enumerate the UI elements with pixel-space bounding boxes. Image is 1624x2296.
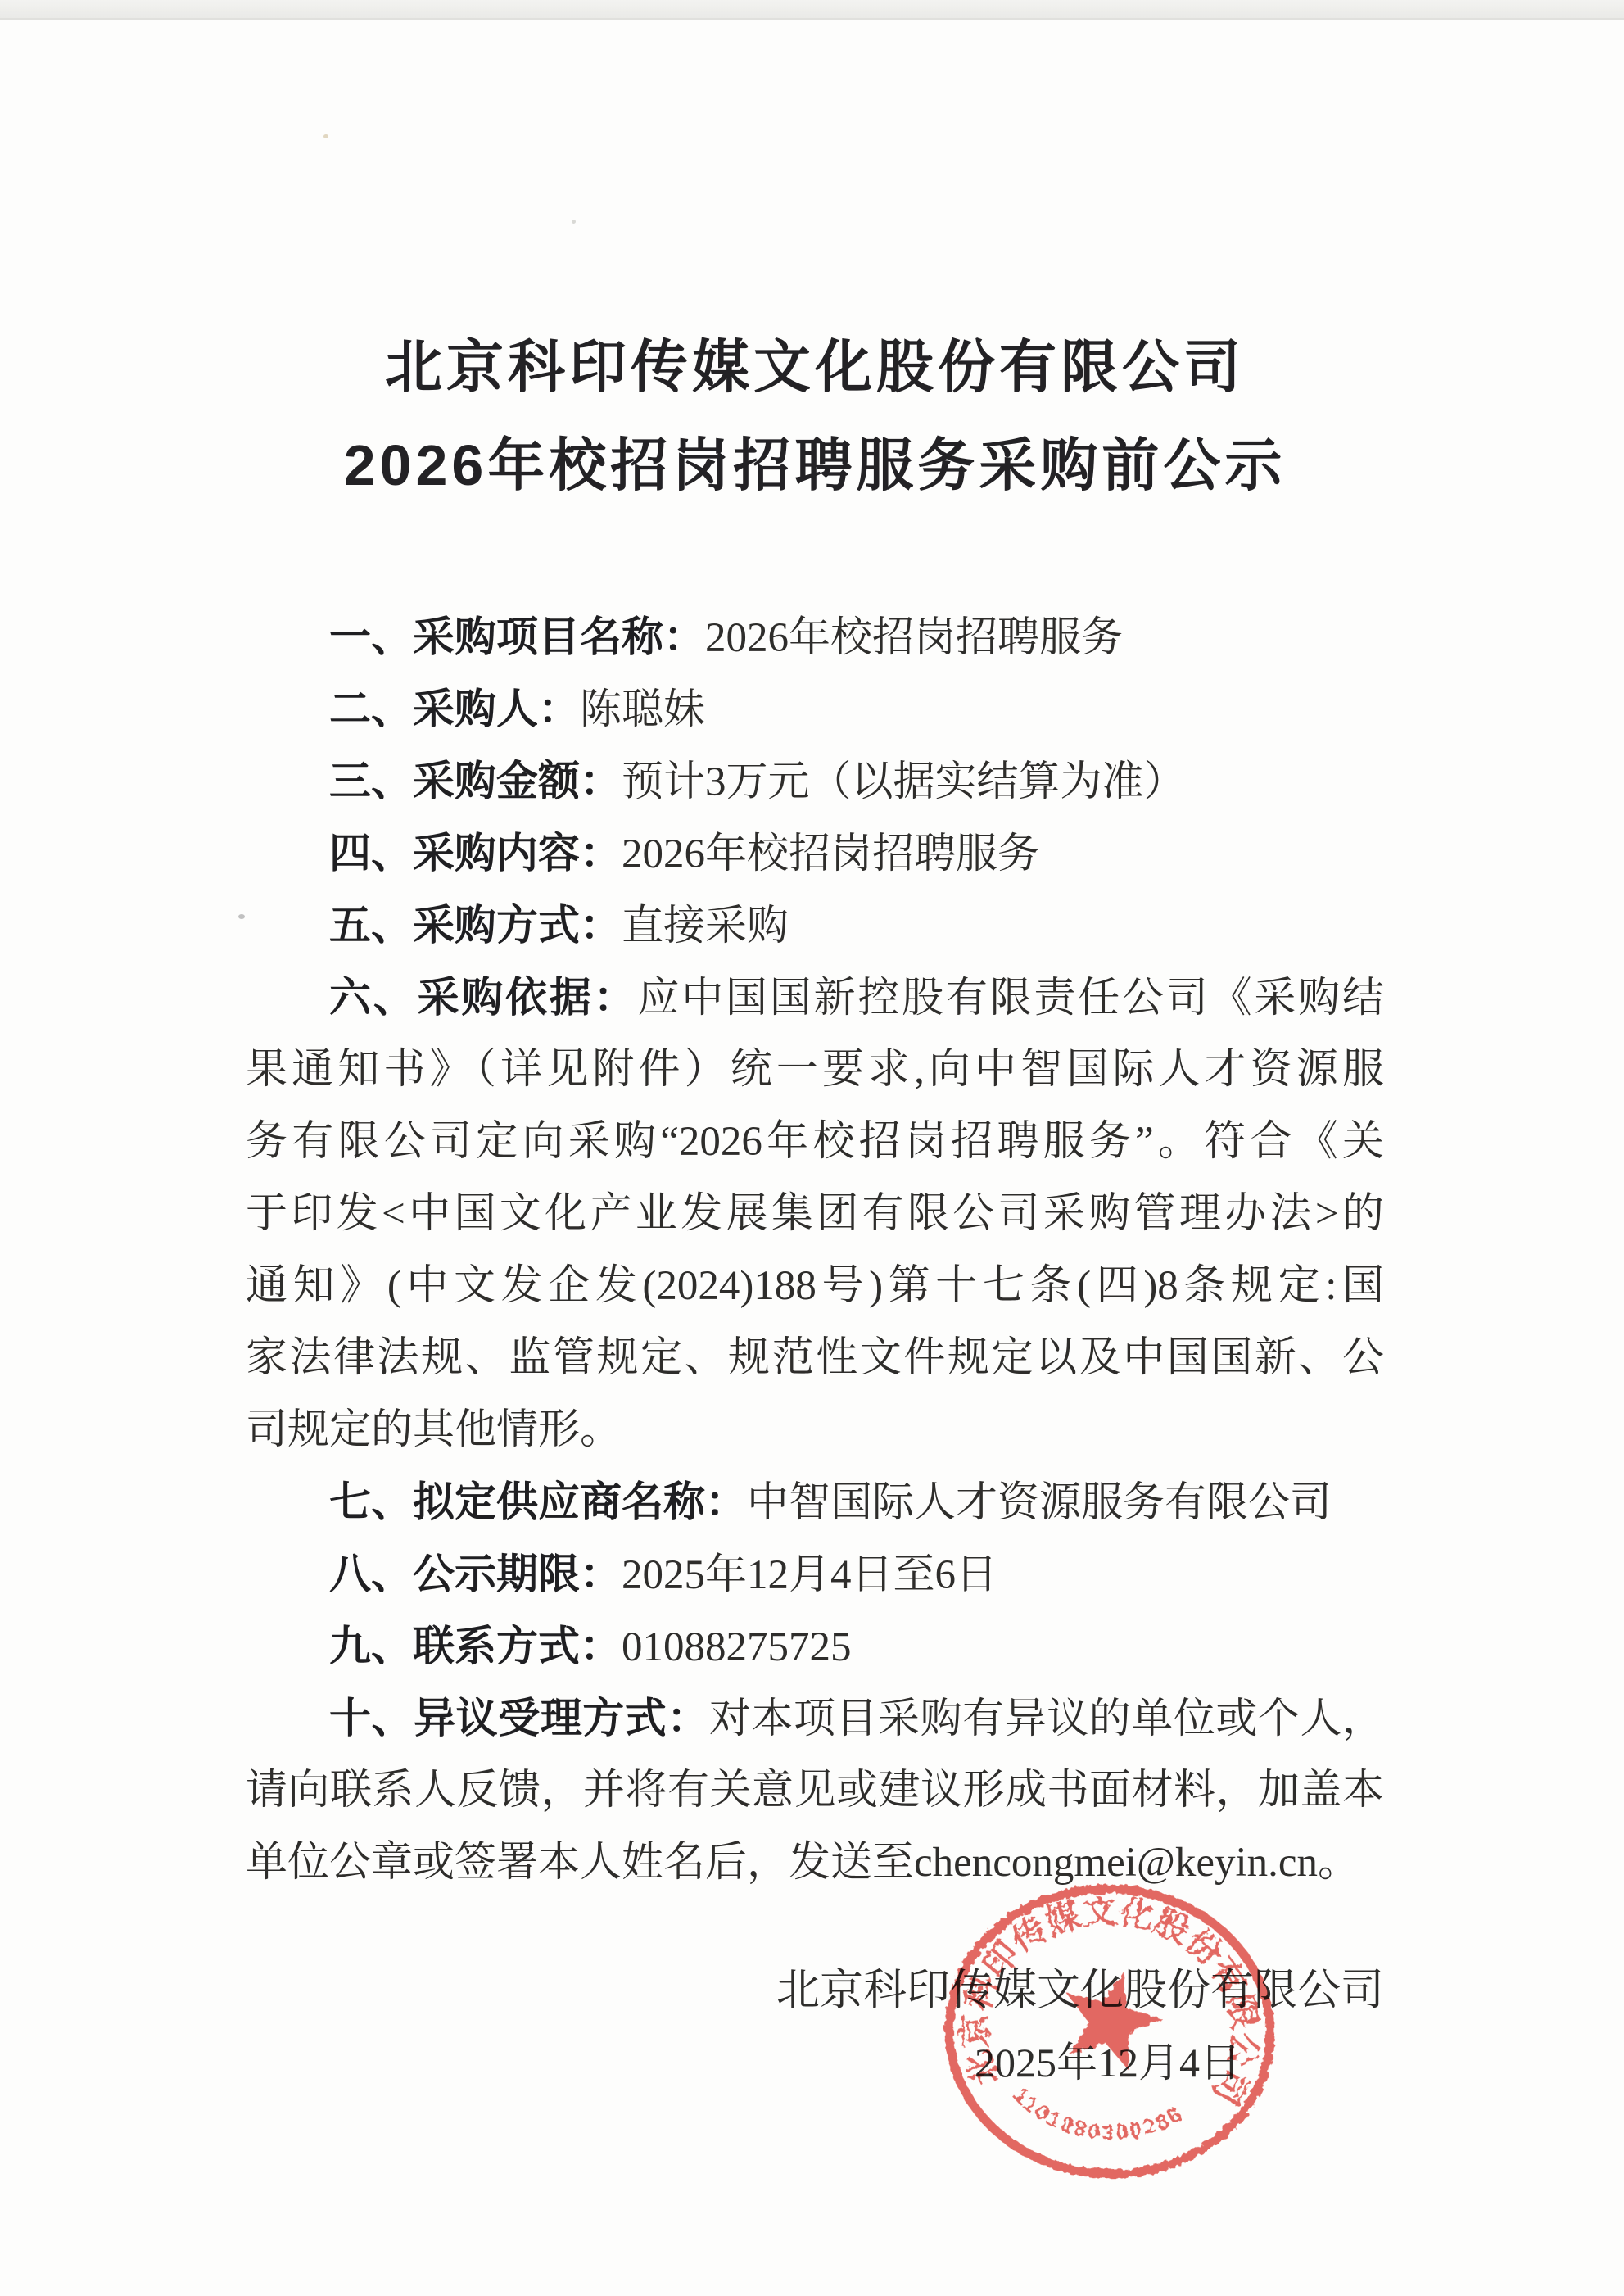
item-2-label: 二、采购人： xyxy=(329,686,580,732)
item-4-label: 四、采购内容： xyxy=(329,830,622,876)
item-8-label: 八、公示期限： xyxy=(329,1551,622,1597)
item-4-value: 2026年校招岗招聘服务 xyxy=(622,831,1039,877)
item-6-line-5: 通知》(中文发企发(2024)188号)第十七条(四)8条规定:国 xyxy=(246,1250,1384,1322)
document-title-line-2: 2026年校招岗招聘服务采购前公示 xyxy=(246,424,1384,506)
item-3-label: 三、采购金额： xyxy=(329,758,622,804)
svg-text:1101080300286: 1101080300286 xyxy=(1007,2081,1191,2149)
item-6-line-7: 司规定的其他情形。 xyxy=(246,1394,1384,1466)
item-1-line: 一、采购项目名称：2026年校招岗招聘服务 xyxy=(246,601,1384,673)
item-7-value: 中智国际人才资源服务有限公司 xyxy=(747,1480,1332,1526)
item-4-line: 四、采购内容：2026年校招岗招聘服务 xyxy=(246,817,1384,890)
item-9-label: 九、联系方式： xyxy=(329,1623,622,1669)
document-page: 北京科印传媒文化股份有限公司 2026年校招岗招聘服务采购前公示 一、采购项目名… xyxy=(0,0,1624,2296)
seal-serial-number: 1101080300286 xyxy=(1007,2081,1191,2149)
item-10-label: 十、异议受理方式： xyxy=(329,1695,709,1741)
item-6-line-6: 家法律法规、监管规定、规范性文件规定以及中国国新、公 xyxy=(246,1322,1384,1394)
item-5-label: 五、采购方式： xyxy=(329,902,622,949)
item-7-line: 七、拟定供应商名称：中智国际人才资源服务有限公司 xyxy=(246,1466,1384,1538)
item-5-line: 五、采购方式：直接采购 xyxy=(246,890,1384,962)
scan-speck xyxy=(238,914,245,919)
item-5-value: 直接采购 xyxy=(622,903,789,949)
item-10-line-2: 请向联系人反馈，并将有关意见或建议形成书面材料，加盖本 xyxy=(246,1755,1384,1827)
item-10-line-1: 十、异议受理方式：对本项目采购有异议的单位或个人， xyxy=(246,1682,1384,1755)
item-6-line-2: 果通知书》（详见附件）统一要求,向中智国际人才资源服 xyxy=(246,1034,1384,1106)
item-1-label: 一、采购项目名称： xyxy=(329,614,705,660)
item-3-line: 三、采购金额：预计3万元（以据实结算为准） xyxy=(246,745,1384,817)
company-seal-stamp: 北京科印传媒文化股份有限公司 1101080300286 xyxy=(915,1851,1304,2211)
document-title-line-1: 北京科印传媒文化股份有限公司 xyxy=(246,326,1384,408)
item-7-label: 七、拟定供应商名称： xyxy=(329,1479,747,1525)
item-1-value: 2026年校招岗招聘服务 xyxy=(705,615,1123,661)
document-body: 北京科印传媒文化股份有限公司 2026年校招岗招聘服务采购前公示 一、采购项目名… xyxy=(246,0,1384,2099)
star-icon xyxy=(1062,1968,1165,2072)
item-6-value-start: 应中国国新控股有限责任公司《采购结 xyxy=(637,976,1384,1021)
item-6-line-3: 务有限公司定向采购“2026年校招岗招聘服务”。符合《关 xyxy=(246,1106,1384,1178)
item-3-value: 预计3万元（以据实结算为准） xyxy=(622,759,1186,805)
item-6-label: 六、采购依据： xyxy=(329,974,637,1021)
item-6-line-1: 六、采购依据：应中国国新控股有限责任公司《采购结 xyxy=(246,962,1384,1034)
document-text: 一、采购项目名称：2026年校招岗招聘服务 二、采购人：陈聪妹 三、采购金额：预… xyxy=(246,601,1384,1899)
item-2-line: 二、采购人：陈聪妹 xyxy=(246,673,1384,745)
item-6-line-4: 于印发<中国文化产业发展集团有限公司采购管理办法>的 xyxy=(246,1178,1384,1250)
item-9-value: 01088275725 xyxy=(622,1624,852,1670)
item-8-line: 八、公示期限：2025年12月4日至6日 xyxy=(246,1538,1384,1610)
item-10-value-start: 对本项目采购有异议的单位或个人， xyxy=(709,1696,1384,1742)
item-9-line: 九、联系方式：01088275725 xyxy=(246,1610,1384,1682)
item-8-value: 2025年12月4日至6日 xyxy=(622,1552,997,1598)
item-2-value: 陈聪妹 xyxy=(580,687,705,733)
